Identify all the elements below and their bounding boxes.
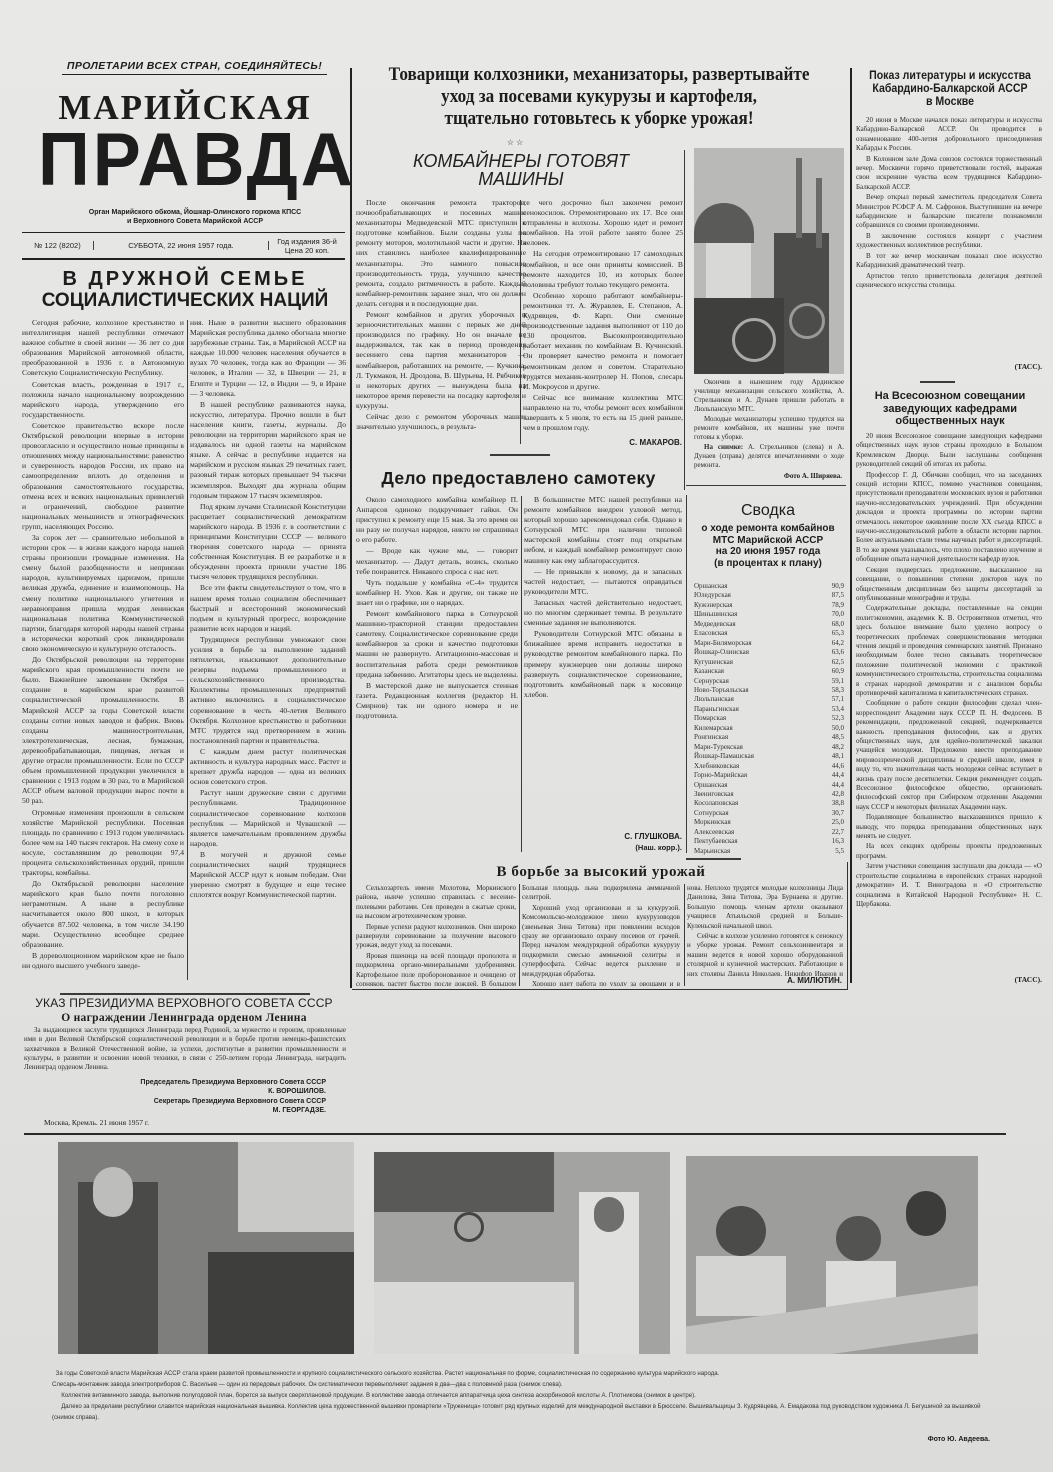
organ-line1: Орган Марийского обкома, Йошкар-Олинског… xyxy=(60,208,330,217)
mts-name: Сернурская xyxy=(694,677,729,686)
svodka-row: Оршанская44,4 xyxy=(694,781,844,790)
mts-percent: 48,2 xyxy=(832,743,844,752)
lead-article-col2: ния. Ныне в развитии высшего образования… xyxy=(190,318,346,986)
mts-name: Алексеевская xyxy=(694,828,734,837)
samotek-title: Дело предоставлено самотеку xyxy=(356,468,681,489)
harvest-title: В борьбе за высокий урожай xyxy=(356,864,846,881)
svodka-row: Шиньшинская70,0 xyxy=(694,610,844,619)
mts-percent: 68,0 xyxy=(832,620,844,629)
mts-percent: 64,2 xyxy=(832,639,844,648)
svodka-row: Моркинская25,0 xyxy=(694,818,844,827)
mts-name: Казанская xyxy=(694,667,724,676)
photo-credit: Фото А. Ширяева. xyxy=(694,472,842,480)
column-divider xyxy=(686,495,687,853)
photo-embroidery-right xyxy=(686,1156,978,1354)
svodka-row: Люльпанская57,1 xyxy=(694,695,844,704)
slogan-line3: тщательно готовьтесь к уборке урожая! xyxy=(354,108,844,130)
masthead-motto: ПРОЛЕТАРИИ ВСЕХ СТРАН, СОЕДИНЯЙТЕСЬ! xyxy=(62,60,327,75)
mts-name: Медведевская xyxy=(694,620,736,629)
svodka-row: Йошкар-Олинская63,6 xyxy=(694,648,844,657)
mts-name: Помарская xyxy=(694,714,726,723)
column-divider xyxy=(684,150,685,490)
svodka-row: Алексеевская22,7 xyxy=(694,828,844,837)
masthead-title-line2: ПРАВДА xyxy=(38,118,330,202)
mts-percent: 22,7 xyxy=(832,828,844,837)
mts-percent: 53,4 xyxy=(832,705,844,714)
combines-title: КОМБАЙНЕРЫ ГОТОВЯТ МАШИНЫ xyxy=(356,152,686,188)
ukaz-signatures: Председатель Президиума Верховного Совет… xyxy=(100,1078,326,1115)
mts-name: Кужэнерская xyxy=(694,601,732,610)
mts-percent: 50,0 xyxy=(832,724,844,733)
mts-percent: 52,3 xyxy=(832,714,844,723)
mts-name: Кугушенская xyxy=(694,658,733,667)
lead-title-line2: СОЦИАЛИСТИЧЕСКИХ НАЦИЙ xyxy=(30,290,340,312)
samotek-signature-note: (Наш. корр.). xyxy=(560,843,682,852)
svodka-row: Горно-Марийская44,4 xyxy=(694,771,844,780)
issue-number: № 122 (8202) xyxy=(22,241,94,250)
svodka-row: Параньгинская53,4 xyxy=(694,705,844,714)
mts-name: Пектубаевская xyxy=(694,837,738,846)
newspaper-page: ПРОЛЕТАРИИ ВСЕХ СТРАН, СОЕДИНЯЙТЕСЬ! МАР… xyxy=(0,0,1053,1472)
svodka-row: Марьинская5,5 xyxy=(694,847,844,856)
mts-name: Еласовская xyxy=(694,629,727,638)
issue-meta: Год издания 36-й Цена 20 коп. xyxy=(269,237,345,255)
column-divider xyxy=(520,200,521,444)
svodka-row: Ронгинская48,5 xyxy=(694,733,844,742)
separator xyxy=(686,858,741,860)
svodka-row: Сернурская59,1 xyxy=(694,677,844,686)
svodka-row: Помарская52,3 xyxy=(694,714,844,723)
column-divider xyxy=(187,320,188,980)
mts-percent: 59,1 xyxy=(832,677,844,686)
svodka-row: Хлебниковская44,6 xyxy=(694,762,844,771)
mts-percent: 57,1 xyxy=(832,695,844,704)
ukaz-title: О награждении Ленинграда орденом Ленина xyxy=(22,1012,346,1024)
mts-percent: 5,5 xyxy=(835,847,844,856)
mts-name: Ронгинская xyxy=(694,733,728,742)
lead-title-line1: В ДРУЖНОЙ СЕМЬЕ xyxy=(30,268,340,290)
mts-name: Звениговская xyxy=(694,790,734,799)
mts-percent: 62,5 xyxy=(832,658,844,667)
mts-name: Марьинская xyxy=(694,847,730,856)
mts-percent: 44,4 xyxy=(832,781,844,790)
svodka-row: Сотнурская30,7 xyxy=(694,809,844,818)
mts-percent: 58,3 xyxy=(832,686,844,695)
kabardino-title: Показ литературы и искусства Кабардино-Б… xyxy=(863,70,1038,109)
kabardino-signature: (ТАСС). xyxy=(856,362,1042,371)
section-divider-right xyxy=(850,68,852,983)
mts-percent: 48,5 xyxy=(832,733,844,742)
svodka-row: Ново-Торъяльская58,3 xyxy=(694,686,844,695)
samotek-col2: В большинстве МТС нашей республики на ре… xyxy=(524,495,682,830)
svodka-row: Звениговская42,8 xyxy=(694,790,844,799)
bottom-photo-credit: Фото Ю. Авдеева. xyxy=(880,1436,990,1443)
svodka-row: Оршанская90,9 xyxy=(694,582,844,591)
svodka-row: Йошкар-Памашская48,1 xyxy=(694,752,844,761)
bottom-caption: За годы Советской власти Марийская АССР … xyxy=(52,1368,990,1423)
svodka-row: Казанская60,9 xyxy=(694,667,844,676)
mts-name: Моркинская xyxy=(694,818,731,827)
mts-name: Йошкар-Олинская xyxy=(694,648,749,657)
mts-name: Люльпанская xyxy=(694,695,734,704)
harvest-col1: Сельхозартель имени Молотова, Моркинског… xyxy=(356,884,516,986)
soveshchanie-signature: (ТАСС). xyxy=(856,975,1042,984)
ukaz-place-date: Москва, Кремль. 21 июня 1957 г. xyxy=(44,1118,244,1127)
year-of-issue: Год издания 36-й xyxy=(269,237,345,246)
mts-percent: 70,0 xyxy=(832,610,844,619)
mts-percent: 44,6 xyxy=(832,762,844,771)
issue-date: СУББОТА, 22 июня 1957 года. xyxy=(94,241,269,250)
signer-voroshilov: К. ВОРОШИЛОВ. xyxy=(100,1087,326,1096)
mts-name: Оршанская xyxy=(694,582,728,591)
slogan-line2: уход за посевами кукурузы и картофеля, xyxy=(354,86,844,108)
slogan: Товарищи колхозники, механизаторы, разве… xyxy=(354,64,844,130)
svodka-row: Мари-Биляморская64,2 xyxy=(694,639,844,648)
mts-name: Шиньшинская xyxy=(694,610,737,619)
mts-percent: 44,4 xyxy=(832,771,844,780)
svodka-row: Еласовская65,3 xyxy=(694,629,844,638)
mts-percent: 30,7 xyxy=(832,809,844,818)
harvest-col3: нова. Неплохо трудятся молодые колхозниц… xyxy=(687,884,843,976)
mts-name: Мари-Биляморская xyxy=(694,639,752,648)
mts-percent: 78,9 xyxy=(832,601,844,610)
mts-name: Сотнурская xyxy=(694,809,729,818)
combines-col1: После окончания ремонта тракторов, почво… xyxy=(356,198,526,446)
photo-caption: Окончив в нынешнем году Ардинское училищ… xyxy=(694,378,844,471)
svodka-row: Мари-Турекская48,2 xyxy=(694,743,844,752)
separator xyxy=(920,381,955,383)
lead-article-col1: Сегодня рабочие, колхозное крестьянство … xyxy=(22,318,184,986)
soveshchanie-body: 20 июня Всесоюзное совещание заведующих … xyxy=(856,432,1042,972)
mts-name: Йошкар-Памашская xyxy=(694,752,754,761)
mts-name: Ново-Торъяльская xyxy=(694,686,749,695)
svodka-header: Сводка о ходе ремонта комбайнов МТС Мари… xyxy=(688,502,848,569)
column-divider xyxy=(684,884,685,986)
issue-price: Цена 20 коп. xyxy=(269,246,345,255)
signer-georgadze: М. ГЕОРГАДЗЕ. xyxy=(100,1106,326,1115)
mts-name: Оршанская xyxy=(694,781,728,790)
stars-ornament: ☆ ☆ xyxy=(500,138,530,147)
mts-name: Горно-Марийская xyxy=(694,771,747,780)
mts-name: Мари-Турекская xyxy=(694,743,743,752)
svodka-row: Косолаповская38,8 xyxy=(694,799,844,808)
photo-mechanics xyxy=(694,148,844,374)
svodka-row: Медведевская68,0 xyxy=(694,620,844,629)
mts-percent: 90,9 xyxy=(832,582,844,591)
column-divider xyxy=(521,496,522,852)
mts-percent: 65,3 xyxy=(832,629,844,638)
svodka-row: Юледурская87,5 xyxy=(694,591,844,600)
ukaz-header: УКАЗ ПРЕЗИДИУМА ВЕРХОВНОГО СОВЕТА СССР xyxy=(22,996,346,1010)
svodka-row: Кугушенская62,5 xyxy=(694,658,844,667)
issue-bar: № 122 (8202) СУББОТА, 22 июня 1957 года.… xyxy=(22,232,345,260)
svodka-title: Сводка xyxy=(688,502,848,520)
harvest-col2: Большая площадь льна подкормлена аммиачн… xyxy=(522,884,680,986)
harvest-signature: А. МИЛЮТИН. xyxy=(720,976,842,985)
separator xyxy=(490,454,550,456)
column-divider xyxy=(519,884,520,986)
samotek-col1: Около самоходного комбайна комбайнер П. … xyxy=(356,495,518,855)
section-divider-left xyxy=(350,68,352,988)
mts-percent: 48,1 xyxy=(832,752,844,761)
combines-signature: С. МАКАРОВ. xyxy=(560,438,682,447)
separator xyxy=(60,993,310,995)
page-separator xyxy=(24,1133,1006,1135)
soveshchanie-title: На Всесоюзном совещании заведующих кафед… xyxy=(855,390,1045,428)
svodka-table: Оршанская90,9Юледурская87,5Кужэнерская78… xyxy=(694,582,844,856)
caption-label: На снимке: xyxy=(704,443,743,451)
organ-line2: и Верховного Совета Марийской АССР xyxy=(60,217,330,226)
mts-percent: 16,3 xyxy=(832,837,844,846)
combines-col2: те чего досрочно был закончен ремонт сен… xyxy=(523,198,683,438)
mts-percent: 60,9 xyxy=(832,667,844,676)
mts-name: Косолаповская xyxy=(694,799,738,808)
ukaz-text: За выдающиеся заслуги трудящихся Ленингр… xyxy=(24,1026,346,1073)
mts-percent: 38,8 xyxy=(832,799,844,808)
mts-percent: 42,8 xyxy=(832,790,844,799)
slogan-line1: Товарищи колхозники, механизаторы, разве… xyxy=(354,64,844,86)
samotek-signature: С. ГЛУШКОВА. xyxy=(560,832,682,841)
svodka-row: Кужэнерская78,9 xyxy=(694,601,844,610)
mts-name: Хлебниковская xyxy=(694,762,739,771)
mts-name: Параньгинская xyxy=(694,705,739,714)
mts-percent: 87,5 xyxy=(832,591,844,600)
kabardino-body: 20 июня в Москве начался показ литератур… xyxy=(856,116,1042,291)
masthead-organ: Орган Марийского обкома, Йошкар-Олинског… xyxy=(60,208,330,226)
photo-worker-left xyxy=(58,1142,354,1354)
photo-worker-center xyxy=(374,1152,670,1354)
mts-percent: 25,0 xyxy=(832,818,844,827)
mts-percent: 63,6 xyxy=(832,648,844,657)
svodka-row: Пектубаевская16,3 xyxy=(694,837,844,846)
mts-name: Килемарская xyxy=(694,724,733,733)
svodka-row: Килемарская50,0 xyxy=(694,724,844,733)
separator xyxy=(686,485,846,486)
mts-name: Юледурская xyxy=(694,591,731,600)
